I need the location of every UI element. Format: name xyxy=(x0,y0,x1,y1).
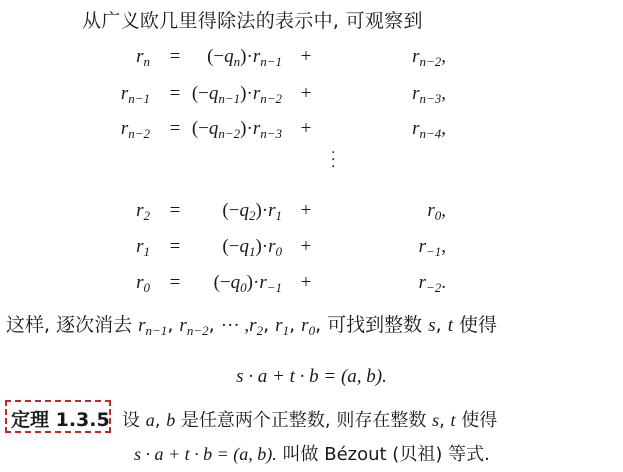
paragraph-end: 使得 xyxy=(453,314,497,336)
paragraph-prefix: 这样, 逐次消去 xyxy=(6,314,138,336)
theorem-label: 定理 1.3.5 xyxy=(11,405,110,432)
theorem-text: 使得 xyxy=(456,410,498,431)
var-a: a xyxy=(146,410,155,430)
bezout-equation: s · a + t · b = (a, b). xyxy=(0,366,623,388)
var-s: s xyxy=(432,410,439,430)
theorem-text: 叫做 Bézout (贝祖) 等式. xyxy=(277,444,490,465)
paragraph-suffix: , 可找到整数 xyxy=(315,314,428,336)
theorem-text: 是任意两个正整数, 则存在整数 xyxy=(175,410,432,431)
var-s: s xyxy=(428,315,435,336)
theorem-equation: s · a + t · b = (a, b). xyxy=(134,444,277,464)
theorem-line-2: s · a + t · b = (a, b). 叫做 Bézout (贝祖) 等… xyxy=(134,440,490,466)
theorem-text: 设 xyxy=(122,410,146,431)
vertical-ellipsis: ··· xyxy=(331,150,335,171)
elimination-paragraph: 这样, 逐次消去 rn−1, rn−2, ··· ,r2, r1, r0, 可找… xyxy=(6,310,497,337)
theorem-line-1: 设 a, b 是任意两个正整数, 则存在整数 s, t 使得 xyxy=(122,406,497,432)
intro-text: 从广义欧几里得除法的表示中, 可观察到 xyxy=(82,6,423,33)
var-b: b xyxy=(166,410,175,430)
